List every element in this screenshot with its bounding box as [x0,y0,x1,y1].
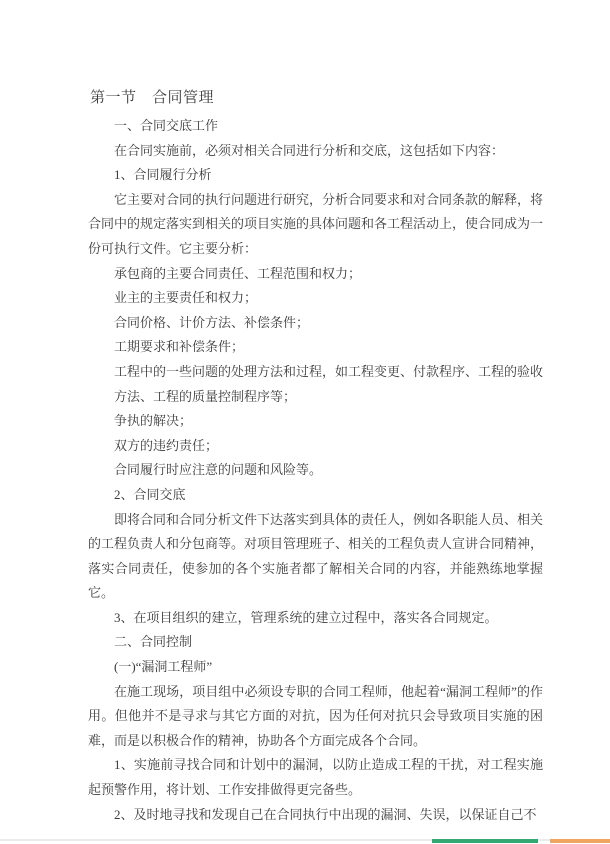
paragraph: 争执的解决； [88,409,543,434]
green-progress-segment [432,839,538,843]
document-body: 一、合同交底工作在合同实施前，必须对相关合同进行分析和交底，这包括如下内容：1、… [88,114,543,827]
paragraph: 合同价格、计价方法、补偿条件； [88,311,543,336]
paragraph: 1、合同履行分析 [88,163,543,188]
paragraph: (一)“漏洞工程师” [88,655,543,680]
paragraph: 2、及时地寻找和发现自己在合同执行中出现的漏洞、失误，以保证自己不 [88,803,543,828]
paragraph: 3、在项目组织的建立，管理系统的建立过程中，落实各合同规定。 [88,606,543,631]
paragraph: 一、合同交底工作 [88,114,543,139]
paragraph: 在施工现场，项目组中必须设专职的合同工程师，他起着“漏洞工程师”的作用。但他并不… [88,680,543,754]
paragraph: 工期要求和补偿条件； [88,335,543,360]
paragraph: 工程中的一些问题的处理方法和过程，如工程变更、付款程序、工程的验收方法、工程的质… [88,360,543,409]
paragraph: 二、合同控制 [88,630,543,655]
paragraph: 双方的违约责任； [88,434,543,459]
paragraph: 业主的主要责任和权力； [88,286,543,311]
paragraph: 即将合同和合同分析文件下达落实到具体的责任人，例如各职能人员、相关的工程负责人和… [88,508,543,606]
paragraph: 在合同实施前，必须对相关合同进行分析和交底，这包括如下内容： [88,139,543,164]
paragraph: 1、实施前寻找合同和计划中的漏洞，以防止造成工程的干扰，对工程实施起预警作用，将… [88,753,543,802]
bottom-progress-bar [0,838,610,844]
orange-progress-segment [550,839,610,843]
paragraph: 合同履行时应注意的问题和风险等。 [88,458,543,483]
section-title: 第一节 合同管理 [90,88,543,108]
paragraph: 它主要对合同的执行问题进行研究，分析合同要求和对合同条款的解释，将合同中的规定落… [88,188,543,262]
document-page: 第一节 合同管理 一、合同交底工作在合同实施前，必须对相关合同进行分析和交底，这… [0,0,610,844]
paragraph: 承包商的主要合同责任、工程范围和权力； [88,262,543,287]
paragraph: 2、合同交底 [88,483,543,508]
